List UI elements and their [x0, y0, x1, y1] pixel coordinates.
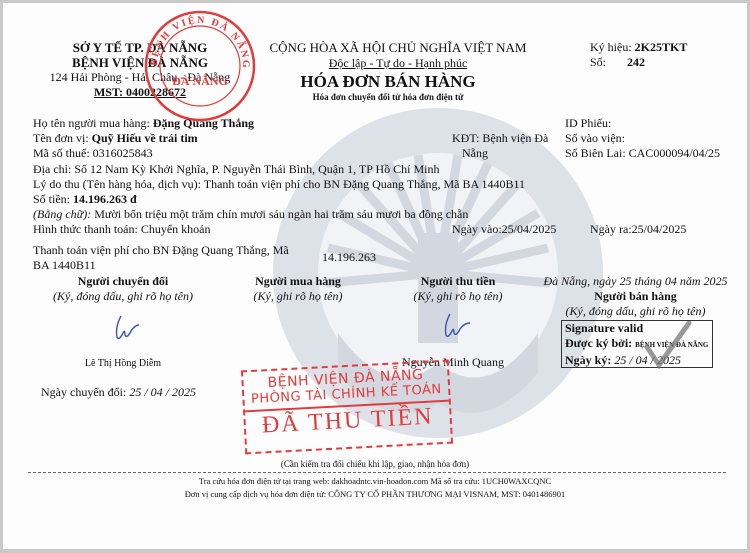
buyer-name-label: Họ tên người mua hàng: — [33, 116, 150, 130]
receipt-number-label: Số Biên Lai: — [565, 146, 626, 160]
converter-note: (Ký, đóng dấu, ghi rõ họ tên) — [33, 289, 213, 304]
country-name: CỘNG HÒA XÃ HỘI CHỦ NGHĨA VIỆT NAM — [263, 40, 533, 56]
amount-words-label: (Bằng chữ): — [33, 207, 91, 221]
valid-checkmark-icon — [643, 321, 693, 369]
id-phieu-label: ID Phiếu: — [565, 116, 611, 131]
company-seal-stamp: BỆNH VIỆN ĐÀ NẴNG ĐÀ NẴNG — [143, 9, 258, 124]
receipt-number-value: CAC000094/04/25 — [629, 146, 720, 160]
converter-title: Người chuyển đổi — [43, 274, 203, 289]
svg-text:BỆNH VIỆN ĐÀ NẴNG: BỆNH VIỆN ĐÀ NẴNG — [148, 13, 251, 70]
payment-method-label: Hình thức thanh toán: — [33, 222, 138, 236]
payment-method-value: Chuyển khoản — [141, 222, 211, 236]
footer-divider — [28, 472, 726, 473]
amount-words-value: Mười bốn triệu một trăm chín mươi sáu ng… — [94, 207, 468, 221]
date-out-row: Ngày ra:25/04/2025 — [590, 222, 686, 237]
buyer-address-row: Địa chỉ: Số 12 Nam Kỳ Khởi Nghĩa, P. Ngu… — [33, 162, 439, 177]
receipt-number-row: Số Biên Lai: CAC000094/04/25 — [565, 146, 720, 161]
invoice-number-label: Số: — [590, 55, 606, 69]
conversion-date-value: 25 / 04 / 2025 — [129, 385, 196, 399]
seller-sign-note: (Ký, đóng dấu, ghi rõ họ tên) — [533, 304, 738, 319]
converter-signature-mark — [111, 313, 143, 343]
reason-value: Thanh toán viện phí cho BN Đặng Quang Th… — [204, 177, 525, 191]
buyer-name-row: Họ tên người mua hàng: Đặng Quang Thắng — [33, 116, 254, 131]
invoice-page: SỞ Y TẾ TP. ĐÀ NẴNG BỆNH VIỆN ĐÀ NẴNG 12… — [3, 3, 747, 549]
buyer-tax-value: 0316025843 — [93, 146, 153, 160]
document-subtitle: Hóa đơn chuyển đổi từ hóa đơn điện tử — [263, 92, 513, 103]
paid-stamp: BỆNH VIỆN ĐÀ NẴNG PHÒNG TÀI CHÍNH KẾ TOÁ… — [241, 360, 453, 455]
amount-value: 14.196.263 đ — [73, 192, 137, 206]
invoice-number: Số: 242 — [590, 55, 645, 70]
seal-text: BỆNH VIỆN ĐÀ NẴNG — [148, 13, 251, 70]
invoice-symbol: Ký hiệu: 2K25TKT — [590, 40, 687, 55]
provider-info: Đơn vị cung cấp dịch vụ hóa đơn điện tử:… — [3, 489, 747, 500]
invoice-symbol-label: Ký hiệu: — [590, 40, 632, 54]
converter-name: Lê Thị Hồng Diễm — [43, 358, 203, 370]
document-title: HÓA ĐƠN BÁN HÀNG — [263, 72, 513, 92]
buyer-sign-note: (Ký, ghi rõ họ tên) — [228, 289, 368, 304]
amount-row: Số tiền: 14.196.263 đ — [33, 192, 137, 207]
buyer-unit-value: Quỹ Hiếu về trái tim — [92, 131, 198, 145]
signed-by-label: Được ký bởi: — [565, 336, 632, 350]
sign-date-label: Ngày ký: — [565, 353, 611, 367]
collector-note: (Ký, ghi rõ họ tên) — [388, 289, 528, 304]
check-note: (Cần kiểm tra đối chiếu khi lập, giao, n… — [3, 459, 747, 470]
buyer-name-value: Đặng Quang Thắng — [153, 116, 254, 130]
place-date: Đà Nẵng, ngày 25 tháng 04 năm 2025 — [533, 274, 738, 289]
conversion-date-label: Ngày chuyển đổi: — [41, 385, 126, 399]
motto: Độc lập - Tự do - Hạnh phúc — [263, 56, 533, 70]
date-out-label: Ngày ra: — [590, 222, 632, 236]
seller-sign-title: Người bán hàng — [533, 289, 738, 304]
buyer-tax-row: Mã số thuế: 0316025843 — [33, 146, 153, 161]
amount-words-row: (Bằng chữ): Mười bốn triệu một trăm chín… — [33, 207, 468, 222]
buyer-unit-row: Tên đơn vị: Quỹ Hiếu về trái tim — [33, 131, 198, 146]
date-in-label: Ngày vào: — [452, 222, 502, 236]
buyer-address-value: Số 12 Nam Kỳ Khởi Nghĩa, P. Nguyễn Thái … — [74, 162, 439, 176]
reason-label: Lý do thu (Tên hàng hóa, dịch vụ): — [33, 177, 201, 191]
amount-label: Số tiền: — [33, 192, 70, 206]
buyer-unit-label: Tên đơn vị: — [33, 131, 89, 145]
date-out-value: 25/04/2025 — [632, 222, 687, 236]
buyer-tax-label: Mã số thuế: — [33, 146, 90, 160]
payment-method-row: Hình thức thanh toán: Chuyển khoản — [33, 222, 210, 237]
line-item-description-2: BA 1440B11 — [33, 258, 96, 273]
buyer-address-label: Địa chỉ: — [33, 162, 71, 176]
admission-number-label: Số vào viện: — [565, 131, 625, 146]
collector-signature-mark — [440, 311, 474, 341]
date-in-value: 25/04/2025 — [502, 222, 557, 236]
buyer-sign-title: Người mua hàng — [228, 274, 368, 289]
kdt-line2: Nẵng — [462, 146, 488, 161]
reason-row: Lý do thu (Tên hàng hóa, dịch vụ): Thanh… — [33, 177, 525, 192]
line-item-amount: 14.196.263 — [322, 250, 376, 265]
kdt-line1: KĐT: Bệnh viện Đà — [452, 131, 548, 146]
invoice-number-value: 242 — [627, 55, 645, 69]
invoice-symbol-value: 2K25TKT — [635, 40, 688, 54]
conversion-date-row: Ngày chuyển đổi: 25 / 04 / 2025 — [41, 385, 196, 400]
collector-title: Người thu tiền — [388, 274, 528, 289]
line-item-description-1: Thanh toán viện phí cho BN Đặng Quang Th… — [33, 243, 289, 258]
svg-text:ĐÀ NẴNG: ĐÀ NẴNG — [172, 73, 228, 88]
lookup-info: Tra cứu hóa đơn điện tử tại trang web: d… — [3, 476, 747, 487]
date-in-row: Ngày vào:25/04/2025 — [452, 222, 556, 237]
